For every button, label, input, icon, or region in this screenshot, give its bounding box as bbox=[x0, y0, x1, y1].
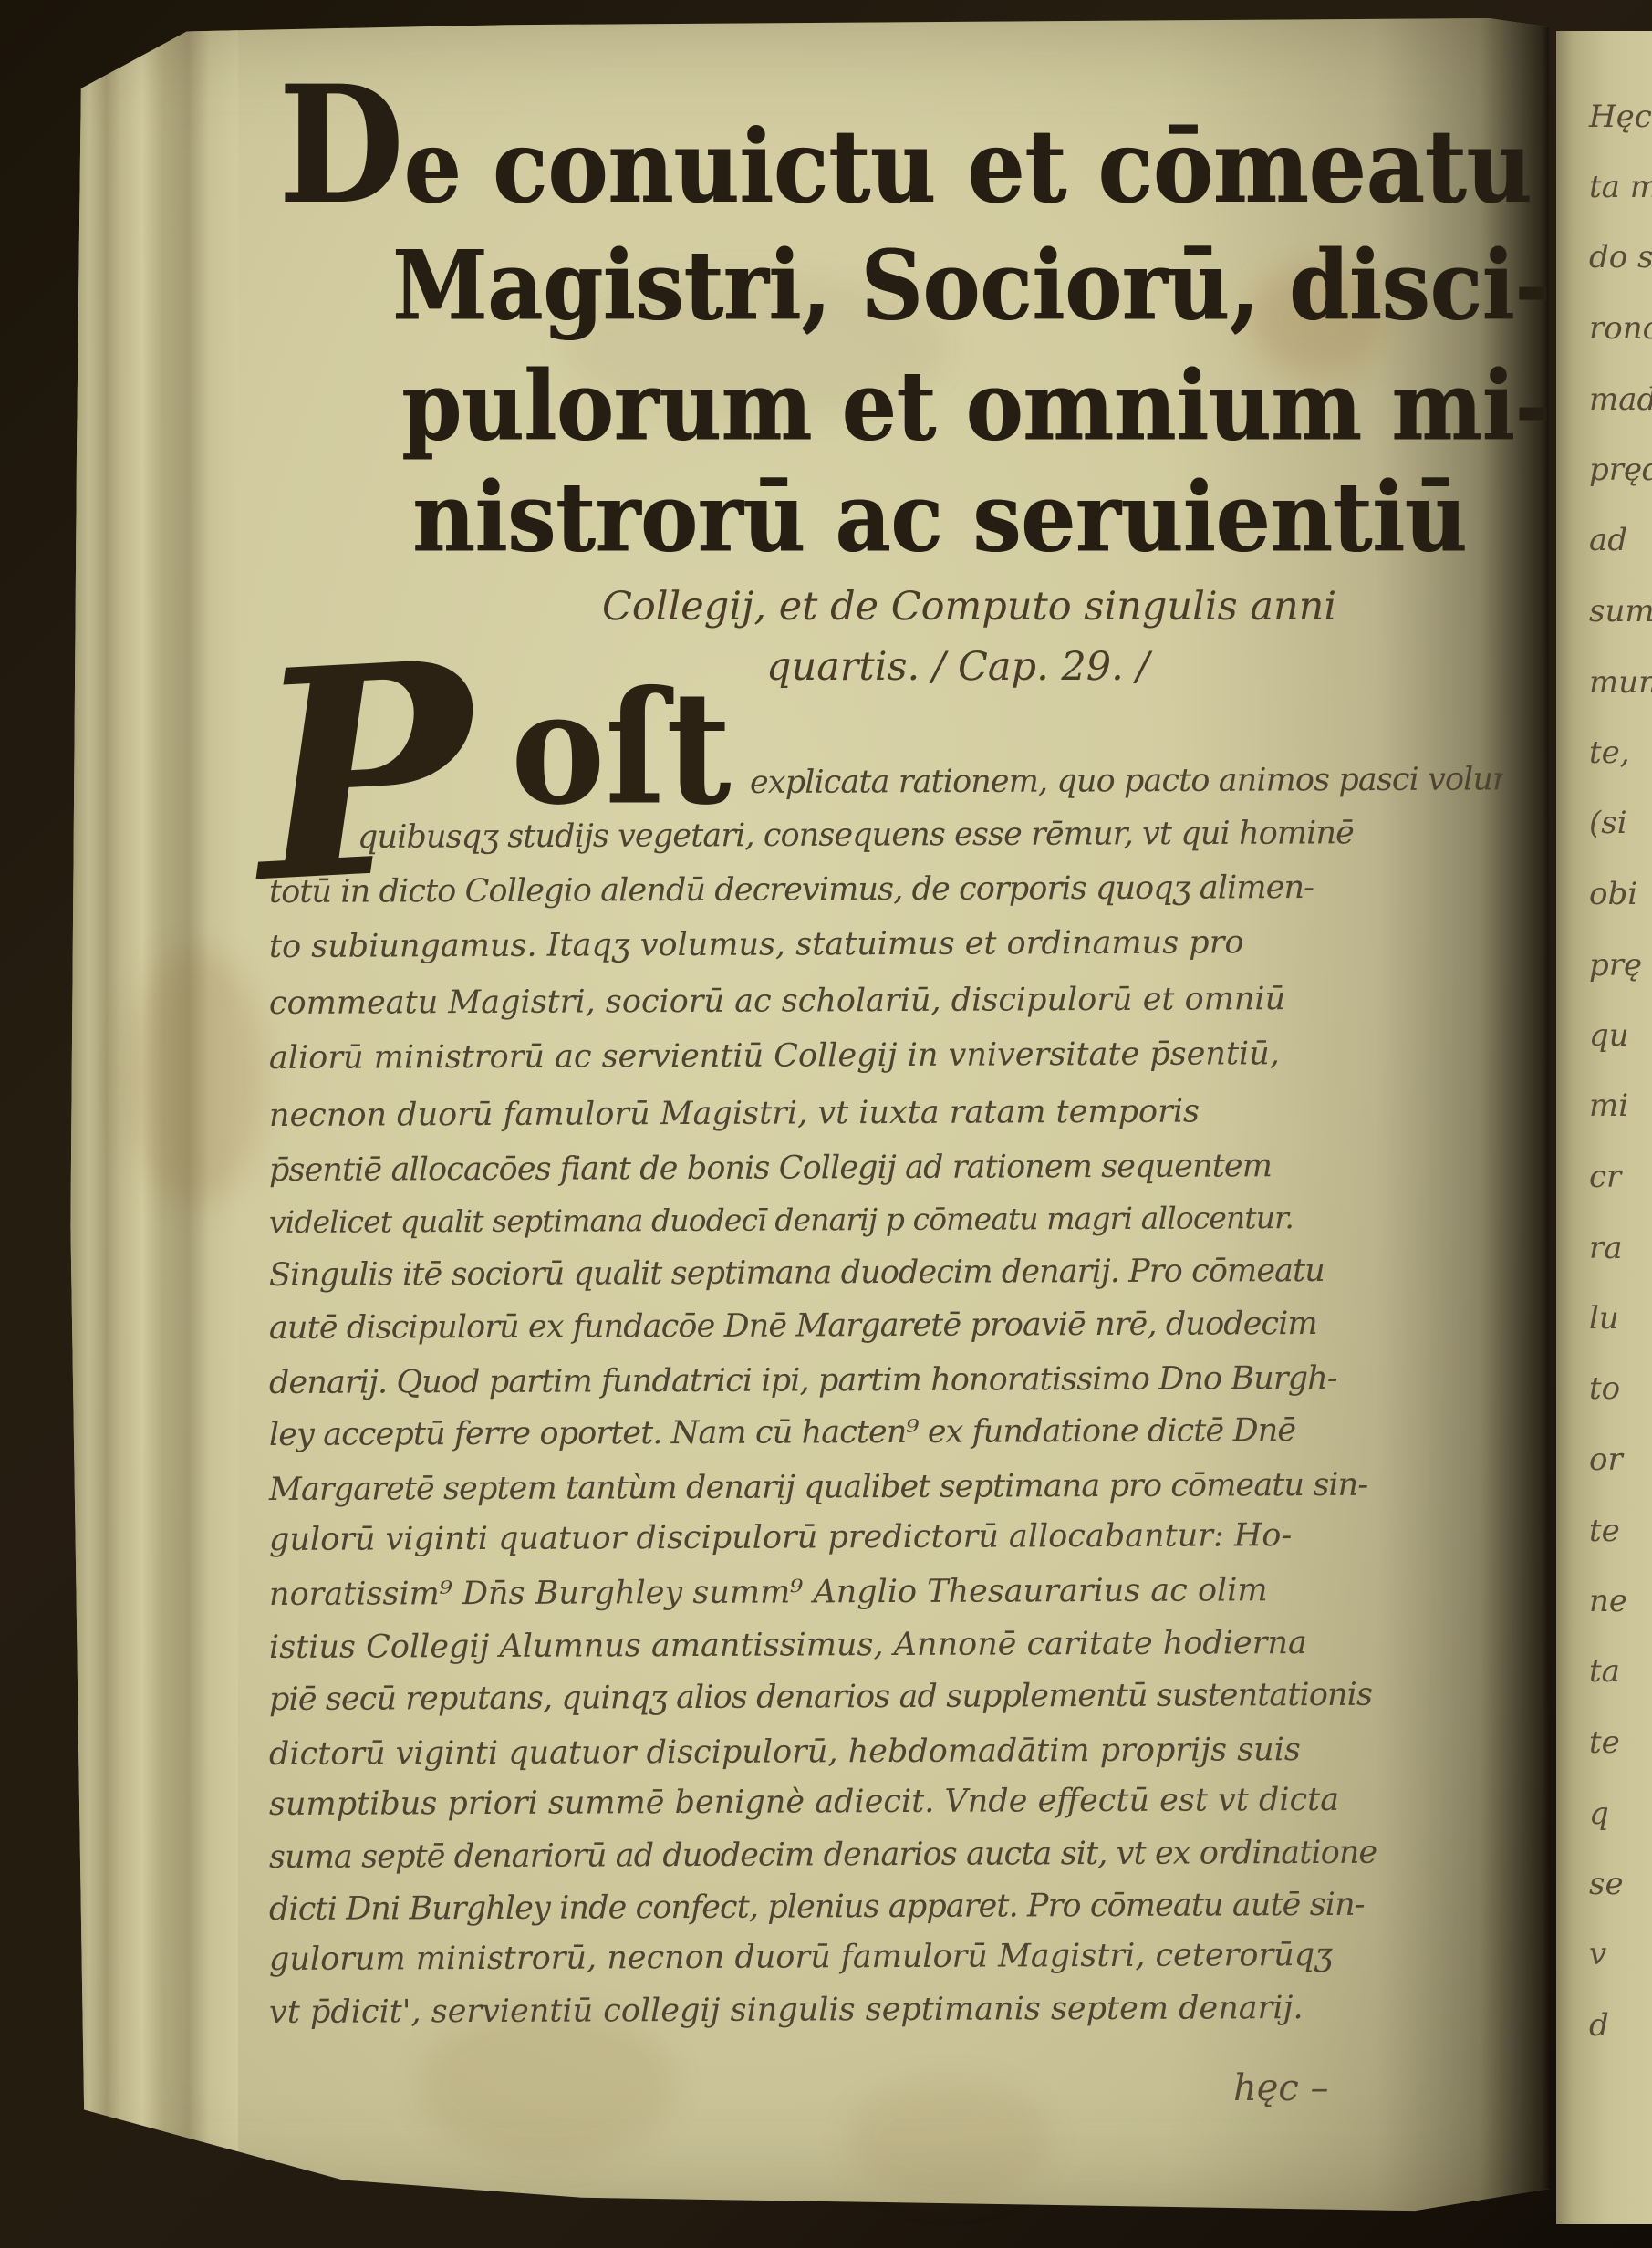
body-line: videlicet qualit septimana duodecī denar… bbox=[269, 1200, 1294, 1240]
body-line: vt p̄dicit', servientiū collegij singuli… bbox=[269, 1990, 1304, 2031]
catchword: hęc – bbox=[1233, 2067, 1329, 2109]
body-line: aliorū ministrorū ac servientiū Collegij… bbox=[269, 1036, 1280, 1077]
body-line: Singulis itē sociorū qualit septimana du… bbox=[269, 1253, 1325, 1294]
body-line: totū in dicto Collegio alendū decrevimus… bbox=[269, 869, 1314, 911]
facing-page-text: te bbox=[1589, 1513, 1620, 1549]
facing-page-text: te bbox=[1589, 1724, 1620, 1761]
body-line: dictorū viginti quatuor discipulorū, heb… bbox=[269, 1732, 1301, 1773]
facing-page-text: se bbox=[1589, 1866, 1624, 1902]
body-line: to subiungamus. Itaqʒ volumus, statuimus… bbox=[269, 924, 1244, 965]
body-line: suma septē denariorū ad duodecim denario… bbox=[269, 1835, 1377, 1876]
body-text: P oſt explicata rationem, quo pacto anim… bbox=[0, 0, 1503, 2248]
body-line: sumptibus priori summē benignè adiecit. … bbox=[269, 1782, 1339, 1823]
facing-page-text: (si bbox=[1589, 805, 1627, 841]
facing-page-text: v bbox=[1589, 1936, 1606, 1972]
body-line: quibusqʒ studijs vegetari, consequens es… bbox=[358, 815, 1354, 856]
facing-page-text: sum bbox=[1589, 593, 1652, 630]
body-line: piē secū reputans, quinqʒ alios denarios… bbox=[269, 1677, 1372, 1718]
facing-page-text: ta m bbox=[1589, 169, 1652, 205]
body-line: explicata rationem, quo pacto animos pas… bbox=[750, 761, 1503, 801]
body-line: noratissim⁹ Dn̄s Burghley summ⁹ Anglio T… bbox=[269, 1572, 1268, 1613]
body-line: gulorū viginti quatuor discipulorū predi… bbox=[269, 1517, 1292, 1558]
facing-page-text: qu bbox=[1589, 1017, 1629, 1054]
facing-page-text: cr bbox=[1589, 1159, 1621, 1195]
body-line: gulorum ministrorū, necnon duorū famulor… bbox=[269, 1937, 1333, 1978]
facing-page-text: ta bbox=[1589, 1653, 1620, 1690]
facing-page-text: ad bbox=[1589, 522, 1627, 558]
facing-page-text: to bbox=[1589, 1370, 1620, 1407]
drop-cap-word-rest: oſt bbox=[511, 670, 732, 826]
body-line: ley acceptū ferre oportet. Nam cū hacten… bbox=[269, 1412, 1295, 1453]
body-line: p̄sentiē allocacōes fiant de bonis Colle… bbox=[269, 1148, 1272, 1189]
facing-page-text: mun bbox=[1589, 664, 1652, 701]
facing-page-text: mi bbox=[1589, 1088, 1628, 1124]
facing-page-text: obi bbox=[1589, 876, 1637, 912]
body-line: necnon duorū famulorū Magistri, vt iuxta… bbox=[269, 1094, 1200, 1134]
facing-page-text: ne bbox=[1589, 1583, 1627, 1619]
facing-page-text: q bbox=[1589, 1795, 1609, 1832]
facing-page-text: lu bbox=[1589, 1300, 1619, 1337]
facing-page-text: prę bbox=[1589, 947, 1642, 983]
facing-page-text: do sup bbox=[1589, 239, 1652, 276]
manuscript-photo: De conuictu et cōmeatu Magistri, Sociorū… bbox=[0, 0, 1652, 2248]
body-line: denarij. Quod partim fundatrici ipi, par… bbox=[269, 1360, 1337, 1401]
body-line: commeatu Magistri, sociorū ac scholariū,… bbox=[269, 981, 1285, 1022]
facing-page-text: d bbox=[1589, 2007, 1609, 2044]
facing-page-text: ra bbox=[1589, 1230, 1623, 1266]
facing-page-text: pręd bbox=[1589, 452, 1652, 488]
facing-page-text: rono bbox=[1589, 310, 1652, 347]
body-line: autē discipulorū ex fundacōe Dnē Margare… bbox=[269, 1306, 1317, 1347]
facing-page-text: Hęc bbox=[1589, 99, 1652, 135]
body-line: dicti Dni Burghley inde confect, plenius… bbox=[269, 1887, 1365, 1928]
facing-page-text: te, bbox=[1589, 734, 1630, 771]
body-line: istius Collegij Alumnus amantissimus, An… bbox=[269, 1625, 1307, 1666]
facing-page-text: or bbox=[1589, 1441, 1623, 1478]
facing-page-text: mad bbox=[1589, 381, 1652, 418]
body-line: Margaretē septem tantùm denarij qualibet… bbox=[269, 1467, 1367, 1508]
